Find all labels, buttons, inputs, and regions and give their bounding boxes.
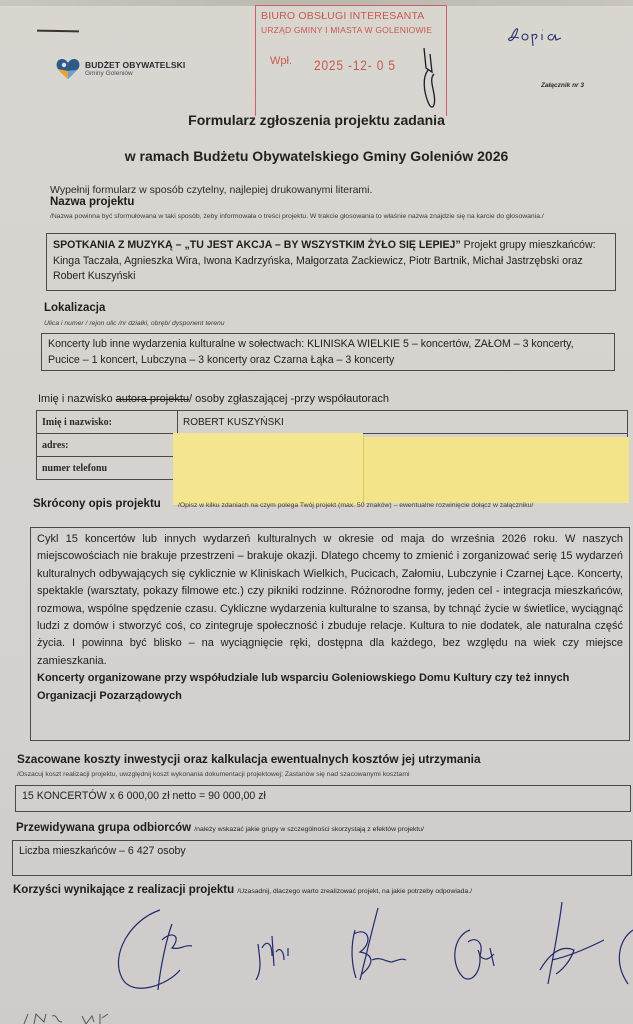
benefits-title: Korzyści wynikające z realizacji projekt… — [13, 884, 234, 896]
attachment-label: Załącznik nr 3 — [541, 82, 584, 89]
form-title: Formularz zgłoszenia projektu zadania — [0, 112, 633, 128]
pen-mark — [37, 30, 79, 33]
audience-field[interactable]: Liczba mieszkańców – 6 427 osoby — [12, 840, 632, 876]
stamp-date: 2025 -12- 0 5 — [314, 57, 396, 73]
received-stamp: BIURO OBSŁUGI INTERESANTA URZĄD GMINY I … — [255, 5, 447, 116]
costs-field[interactable]: 15 KONCERTÓW x 6 000,00 zł netto = 90 00… — [15, 785, 631, 812]
form-subtitle: w ramach Budżetu Obywatelskiego Gminy Go… — [0, 148, 633, 164]
stamp-received-label: Wpł. — [270, 55, 292, 67]
costs-hint: /Oszacuj koszt realizacji projektu, uwzg… — [17, 771, 410, 778]
costs-heading: Szacowane koszty inwestycji oraz kalkula… — [17, 752, 481, 766]
location-field[interactable]: Koncerty lub inne wydarzenia kulturalne … — [41, 333, 615, 371]
project-name-title: SPOTKANIA Z MUZYKĄ – „TU JEST AKCJA – BY… — [53, 239, 461, 251]
description-hint: /Opisz w kilku zdaniach na czym polega T… — [33, 501, 623, 510]
sticky-note-redaction — [363, 437, 629, 503]
author-heading: Imię i nazwisko autora projektu/ osoby z… — [38, 393, 389, 405]
author-heading-struck: autora projektu — [116, 393, 189, 405]
sticky-note-redaction — [173, 433, 363, 505]
table-row: Imię i nazwisko: ROBERT KUSZYŃSKI — [37, 411, 628, 434]
author-heading-suffix: / osoby zgłaszającej -przy współautorach — [189, 393, 389, 405]
benefits-hint: /Uzasadnij, dlaczego warto zrealizować p… — [237, 888, 472, 895]
stamp-signature-icon — [418, 44, 442, 121]
form-instructions: Wypełnij formularz w sposób czytelny, na… — [50, 184, 372, 196]
signatures-icon — [0, 900, 633, 1010]
author-name-field[interactable]: ROBERT KUSZYŃSKI — [178, 411, 628, 434]
project-name-hint: /Nazwa powinna być sformułowana w taki s… — [50, 212, 618, 221]
author-name-label: Imię i nazwisko: — [37, 411, 178, 434]
stamp-institution: URZĄD GMINY I MIASTA W GOLENIOWIE — [261, 25, 432, 35]
location-heading: Lokalizacja — [44, 302, 105, 314]
logo-title: BUDŻET OBYWATELSKI — [85, 61, 185, 70]
project-name-field[interactable]: SPOTKANIA Z MUZYKĄ – „TU JEST AKCJA – BY… — [46, 233, 616, 291]
description-note: Koncerty organizowane przy współudziale … — [37, 670, 623, 705]
heart-logo-icon — [56, 58, 80, 80]
project-name-heading: Nazwa projektu — [50, 196, 134, 208]
description-field[interactable]: Cykl 15 koncertów lub innych wydarzeń ku… — [30, 527, 630, 741]
budget-logo: BUDŻET OBYWATELSKI Gminy Goleniów — [56, 58, 185, 80]
author-address-label: adres: — [37, 434, 178, 457]
logo-subtitle: Gminy Goleniów — [85, 71, 185, 78]
author-heading-prefix: Imię i nazwisko — [38, 393, 116, 405]
author-phone-label: numer telefonu — [37, 457, 178, 480]
description-text: Cykl 15 koncertów lub innych wydarzeń ku… — [37, 531, 623, 670]
stamp-office: BIURO OBSŁUGI INTERESANTA — [261, 10, 425, 22]
audience-heading: Przewidywana grupa odbiorców /należy wsk… — [16, 822, 424, 834]
audience-title: Przewidywana grupa odbiorców — [16, 822, 191, 834]
benefits-heading: Korzyści wynikające z realizacji projekt… — [13, 884, 472, 896]
bottom-scrawl — [22, 1012, 122, 1024]
handwritten-kopia: Kopia — [505, 22, 565, 53]
audience-hint: /należy wskazać jakie grupy w szczególno… — [194, 826, 424, 833]
location-hint: Ulica i numer / rejon ulic /nr działki, … — [44, 320, 225, 327]
